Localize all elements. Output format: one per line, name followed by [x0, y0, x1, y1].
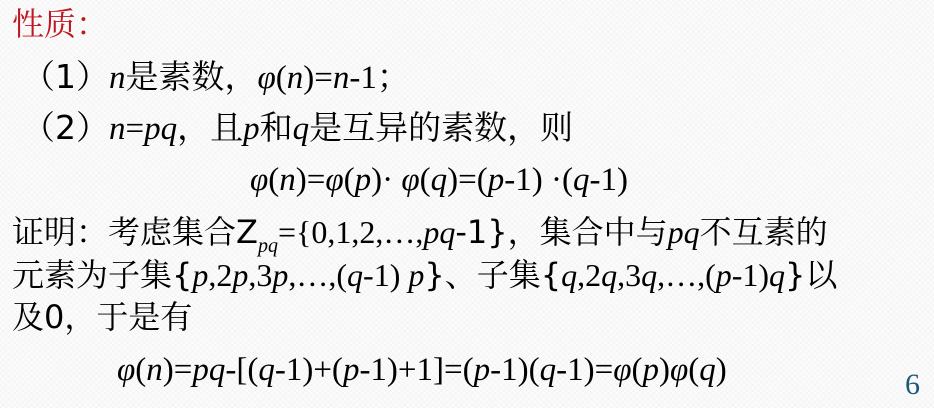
- var-n: n: [109, 111, 126, 147]
- phi-symbol: φ: [325, 162, 343, 198]
- text: ): [716, 352, 727, 388]
- text: )=: [303, 60, 333, 96]
- proof-line-2: 元素为子集{p,2p,3p,…,(q-1) p}、子集{q,2q,3q,…,(p…: [12, 255, 837, 295]
- var-n: n: [333, 60, 350, 96]
- phi-symbol: φ: [401, 162, 419, 198]
- text: (: [344, 162, 355, 198]
- text: )=(: [447, 162, 488, 198]
- text: 是互异的素数，则: [309, 108, 573, 147]
- subscript-pq: pq: [258, 235, 278, 257]
- var-q: q: [573, 162, 590, 198]
- text: ={0,1,2,…,: [278, 214, 423, 250]
- var-q: q: [347, 257, 363, 293]
- text: )=: [163, 352, 193, 388]
- var-q: q: [293, 111, 310, 147]
- var-pq: pq: [192, 352, 225, 388]
- var-q: q: [258, 352, 275, 388]
- var-q: q: [540, 352, 557, 388]
- text: -[(: [225, 352, 258, 388]
- var-p: p: [192, 257, 208, 293]
- text: -1): [589, 162, 627, 198]
- text: -1}，集合中与: [455, 213, 667, 251]
- var-p: p: [243, 111, 260, 147]
- var-p: p: [272, 257, 288, 293]
- property-2-label: （2）: [22, 108, 109, 147]
- var-q: q: [641, 257, 657, 293]
- var-p: p: [355, 162, 372, 198]
- formula-proof-result: φ(n)=pq-[(q-1)+(p-1)+1]=(p-1)(q-1)=φ(p)φ…: [117, 350, 727, 390]
- phi-symbol: φ: [250, 162, 268, 198]
- formula-multiplicative: φ(n)=φ(p)· φ(q)=(p-1) ·(q-1): [250, 160, 628, 200]
- text: -1；: [349, 60, 410, 96]
- text: 是素数，: [126, 57, 258, 96]
- text: 元素为子集{: [12, 256, 192, 294]
- var-n: n: [287, 60, 304, 96]
- proof-line-3: 及0，于是有: [12, 297, 192, 337]
- var-n: n: [109, 60, 126, 96]
- text: -1)+1]=(: [359, 352, 473, 388]
- text: ,3: [248, 257, 272, 293]
- var-p: p: [642, 352, 659, 388]
- text: -1)=: [556, 352, 613, 388]
- text: -1): [363, 257, 408, 293]
- text: }、子集{: [424, 256, 561, 294]
- text: ,2: [208, 257, 232, 293]
- var-q: q: [601, 257, 617, 293]
- text: (: [631, 352, 642, 388]
- text: (: [268, 162, 279, 198]
- text: -1)+(: [275, 352, 343, 388]
- text: (: [688, 352, 699, 388]
- text: ,3: [617, 257, 641, 293]
- phi-symbol: φ: [670, 352, 688, 388]
- property-1-label: （1）: [22, 57, 109, 96]
- var-q: q: [431, 162, 448, 198]
- var-p: p: [474, 352, 491, 388]
- text: )=: [296, 162, 326, 198]
- text: ): [659, 352, 670, 388]
- var-n: n: [279, 162, 296, 198]
- text: 证明：考虑集合Z: [12, 213, 258, 251]
- heading-properties: 性质：: [12, 4, 108, 44]
- var-p: p: [232, 257, 248, 293]
- var-p: p: [716, 257, 732, 293]
- text: ，且: [177, 108, 243, 147]
- phi-symbol: φ: [258, 60, 276, 96]
- var-pq: pq: [144, 111, 177, 147]
- page-number: 6: [905, 368, 920, 402]
- text: -1): [732, 257, 769, 293]
- var-p: p: [488, 162, 505, 198]
- var-q: q: [699, 352, 716, 388]
- text: -1)(: [490, 352, 539, 388]
- text: ,…,(: [657, 257, 716, 293]
- text: =: [126, 111, 145, 147]
- proof-line-1: 证明：考虑集合Zpq={0,1,2,…,pq-1}，集合中与pq不互素的: [12, 212, 828, 257]
- var-p: p: [343, 352, 360, 388]
- phi-symbol: φ: [613, 352, 631, 388]
- text: )·: [371, 162, 401, 198]
- text: (: [276, 60, 287, 96]
- phi-symbol: φ: [117, 352, 135, 388]
- var-pq: pq: [668, 214, 700, 250]
- property-2: （2）n=pq，且p和q是互异的素数，则: [22, 108, 573, 149]
- text: (: [420, 162, 431, 198]
- text: -1) ·(: [504, 162, 573, 198]
- text: 不互素的: [700, 213, 828, 251]
- var-q: q: [769, 257, 785, 293]
- var-n: n: [146, 352, 163, 388]
- property-1: （1）n是素数，φ(n)=n-1；: [22, 57, 410, 98]
- var-p: p: [408, 257, 424, 293]
- text: ,2: [577, 257, 601, 293]
- var-q: q: [561, 257, 577, 293]
- text: (: [135, 352, 146, 388]
- text: }以: [785, 256, 837, 294]
- text: 和: [260, 108, 293, 147]
- text: ,…,(: [288, 257, 347, 293]
- var-pq: pq: [423, 214, 455, 250]
